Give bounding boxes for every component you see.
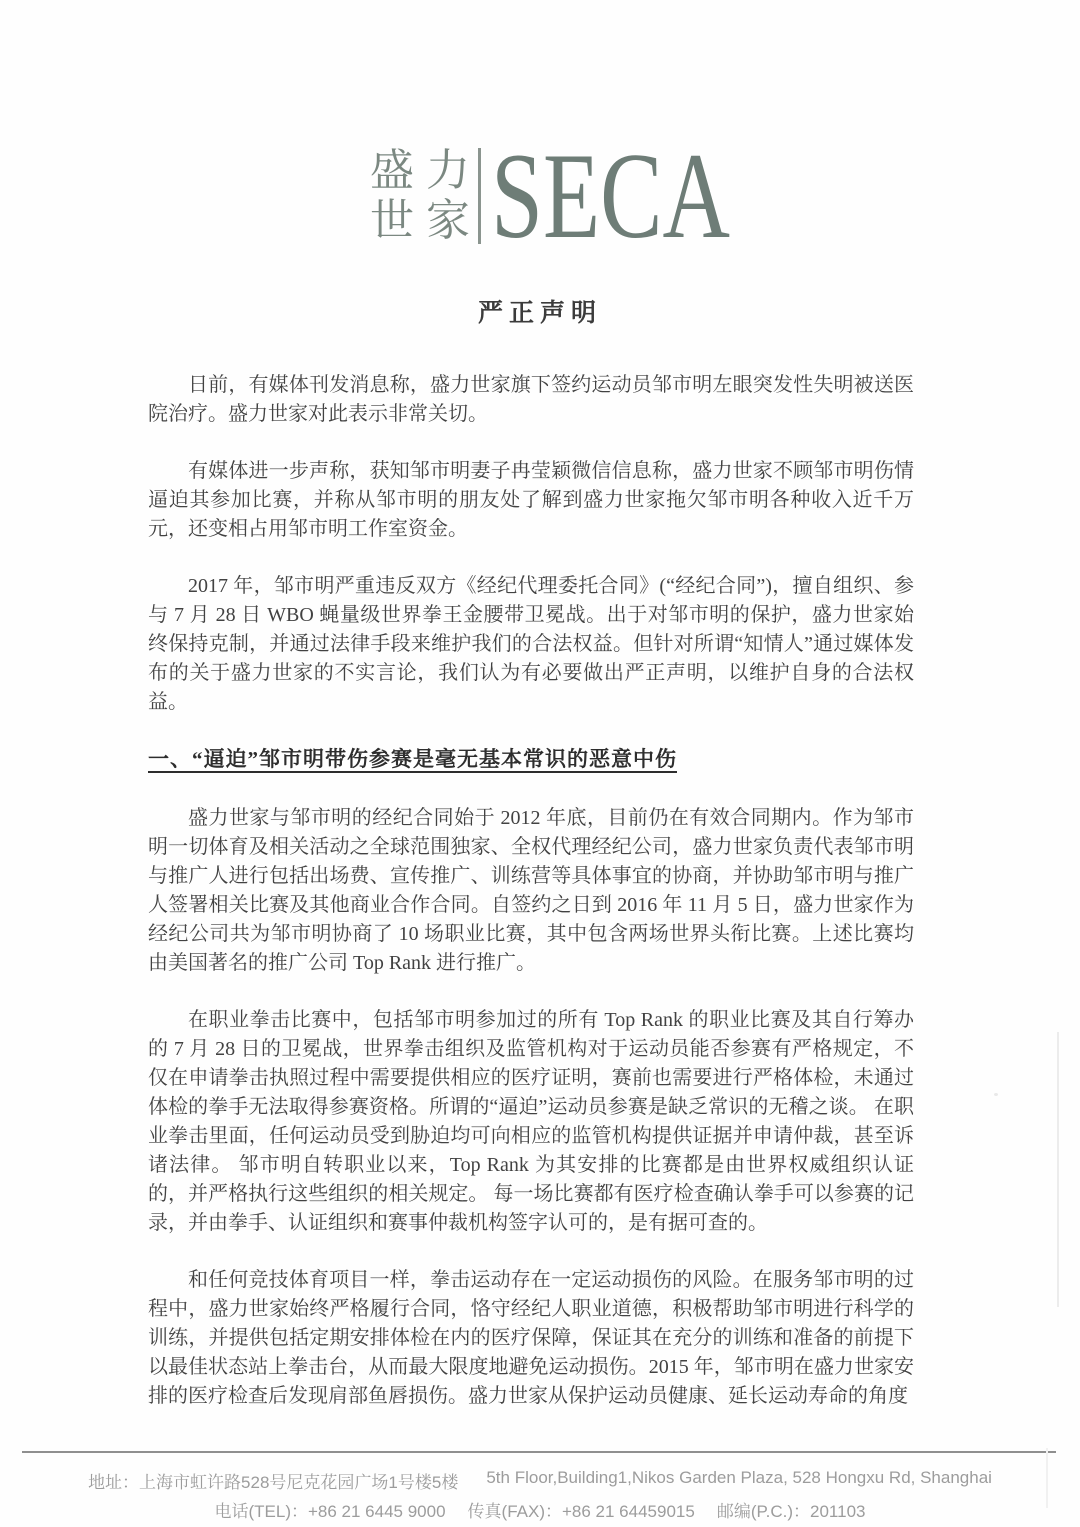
paragraph-1: 日前，有媒体刊发消息称，盛力世家旗下签约运动员邹市明左眼突发性失明被送医院治疗。… — [148, 371, 914, 429]
footer-postcode: 邮编(P.C.)：201103 — [717, 1497, 866, 1522]
scan-artifact-line-bottom — [1046, 1448, 1048, 1508]
footer-fax: 传真(FAX)：+86 21 64459015 — [468, 1497, 695, 1522]
paragraph-3: 2017 年，邹市明严重违反双方《经纪代理委托合同》(“经纪合同”)，擅自组织、… — [148, 572, 914, 717]
paragraph-5: 在职业拳击比赛中，包括邹市明参加过的所有 Top Rank 的职业比赛及其自行筹… — [148, 1006, 914, 1238]
document-title: 严正声明 — [0, 293, 1080, 329]
footer-tel: 电话(TEL)：+86 21 6445 9000 — [214, 1497, 445, 1522]
logo-chinese-name: 盛力 世家 — [370, 146, 482, 246]
footer-address-en: 5th Floor,Building1,Nikos Garden Plaza, … — [486, 1468, 992, 1493]
logo-latin-text: SECA — [491, 146, 730, 246]
document-page: 盛力 世家 SECA 严正声明 日前，有媒体刊发消息称，盛力世家旗下签约运动员邹… — [0, 0, 1080, 1527]
footer-address-cn: 地址：上海市虹许路528号尼克花园广场1号楼5楼 — [88, 1468, 458, 1493]
scan-artifact-speck — [994, 1093, 998, 1096]
section-heading-1: 一、“逼迫”邹市明带伤参赛是毫无基本常识的恶意中伤 — [148, 745, 914, 774]
paragraph-4: 盛力世家与邹市明的经纪合同始于 2012 年底，目前仍在有效合同期内。作为邹市明… — [148, 804, 914, 978]
logo-cn-line1: 盛力 — [370, 146, 482, 196]
seca-logo: 盛力 世家 SECA — [370, 146, 741, 246]
footer-divider — [22, 1451, 1056, 1453]
logo-divider-bar — [478, 148, 481, 244]
paragraph-2: 有媒体进一步声称，获知邹市明妻子冉莹颖微信信息称，盛力世家不顾邹市明伤情逼迫其参… — [148, 457, 914, 544]
paragraph-6: 和任何竞技体育项目一样，拳击运动存在一定运动损伤的风险。在服务邹市明的过程中，盛… — [148, 1266, 914, 1411]
footer-contact-line: 电话(TEL)：+86 21 6445 9000 传真(FAX)：+86 21 … — [0, 1497, 1080, 1522]
scan-artifact-line — [1057, 1032, 1059, 1307]
footer-address-line: 地址：上海市虹许路528号尼克花园广场1号楼5楼 5th Floor,Build… — [0, 1468, 1080, 1493]
logo-cn-line2: 世家 — [370, 196, 482, 246]
logo-latin-wrap: SECA — [491, 146, 741, 246]
document-body: 日前，有媒体刊发消息称，盛力世家旗下签约运动员邹市明左眼突发性失明被送医院治疗。… — [148, 371, 914, 1439]
